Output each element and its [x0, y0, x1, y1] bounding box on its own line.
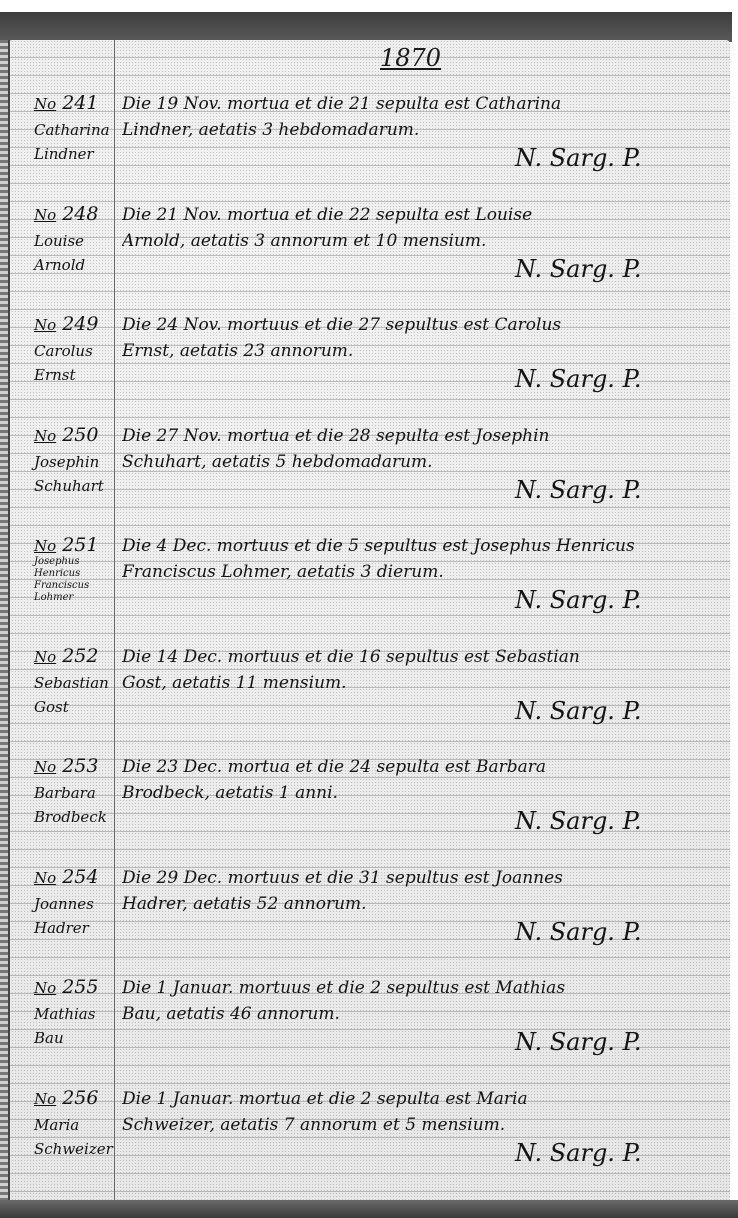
entry-text-line1: Die 27 Nov. mortua et die 28 sepulta est…	[122, 426, 722, 446]
deceased-name-margin: BarbaraBrodbeck	[34, 781, 128, 829]
entry-text-line1: Die 19 Nov. mortua et die 21 sepulta est…	[122, 94, 722, 114]
name-part: Louise	[34, 229, 128, 253]
number-abbrev: No	[34, 869, 56, 887]
entry-text-line1: Die 14 Dec. mortuus et die 16 sepultus e…	[122, 647, 722, 667]
name-part: Bau	[34, 1026, 128, 1050]
name-part: Joannes	[34, 892, 128, 916]
priest-signature: N. Sarg. P.	[515, 697, 641, 725]
register-entry: No 254JoannesHadrerDie 29 Dec. mortuus e…	[10, 866, 730, 976]
entry-text-line2: Hadrer, aetatis 52 annorum.	[122, 894, 722, 914]
entry-number: No 255	[34, 976, 98, 998]
priest-signature: N. Sarg. P.	[515, 807, 641, 835]
priest-signature: N. Sarg. P.	[515, 476, 641, 504]
number-abbrev: No	[34, 427, 56, 445]
name-part: Mathias	[34, 1002, 128, 1026]
deceased-name-margin: JoannesHadrer	[34, 892, 128, 940]
entry-number: No 256	[34, 1087, 98, 1109]
priest-signature: N. Sarg. P.	[515, 918, 641, 946]
entry-text-line2: Schweizer, aetatis 7 annorum et 5 mensiu…	[122, 1115, 722, 1135]
entry-text-line2: Ernst, aetatis 23 annorum.	[122, 341, 722, 361]
name-part: Ernst	[34, 363, 128, 387]
deceased-name-margin: JosephusHenricusFranciscusLohmer	[34, 556, 128, 604]
number-value: 241	[62, 92, 98, 114]
priest-signature: N. Sarg. P.	[515, 586, 641, 614]
register-entry: No 248LouiseArnoldDie 21 Nov. mortua et …	[10, 203, 730, 313]
name-part: Catharina	[34, 118, 128, 142]
number-abbrev: No	[34, 648, 56, 666]
scan-bottom-shadow	[0, 1200, 738, 1218]
entry-number: No 251	[34, 534, 98, 556]
entry-text-line2: Franciscus Lohmer, aetatis 3 dierum.	[122, 562, 722, 582]
entry-text-line1: Die 24 Nov. mortuus et die 27 sepultus e…	[122, 315, 722, 335]
number-value: 256	[62, 1087, 98, 1109]
name-part: Hadrer	[34, 916, 128, 940]
number-abbrev: No	[34, 979, 56, 997]
entry-number: No 253	[34, 755, 98, 777]
name-part: Sebastian	[34, 671, 128, 695]
register-entry: No 251JosephusHenricusFranciscusLohmerDi…	[10, 534, 730, 644]
deceased-name-margin: CarolusErnst	[34, 339, 128, 387]
register-entry: No 249CarolusErnstDie 24 Nov. mortuus et…	[10, 313, 730, 423]
number-value: 253	[62, 755, 98, 777]
entry-text-line1: Die 29 Dec. mortuus et die 31 sepultus e…	[122, 868, 722, 888]
entry-number: No 241	[34, 92, 98, 114]
deceased-name-margin: SebastianGost	[34, 671, 128, 719]
entry-text-line2: Gost, aetatis 11 mensium.	[122, 673, 722, 693]
entry-text-line2: Lindner, aetatis 3 hebdomadarum.	[122, 120, 722, 140]
number-value: 249	[62, 313, 98, 335]
deceased-name-margin: MariaSchweizer	[34, 1113, 128, 1161]
entry-text-line2: Brodbeck, aetatis 1 anni.	[122, 783, 722, 803]
deceased-name-margin: MathiasBau	[34, 1002, 128, 1050]
number-value: 255	[62, 976, 98, 998]
priest-signature: N. Sarg. P.	[515, 144, 641, 172]
register-entry: No 253BarbaraBrodbeckDie 23 Dec. mortua …	[10, 755, 730, 865]
name-part: Carolus	[34, 339, 128, 363]
name-part: Gost	[34, 695, 128, 719]
register-entry: No 250JosephinSchuhartDie 27 Nov. mortua…	[10, 424, 730, 534]
number-value: 248	[62, 203, 98, 225]
priest-signature: N. Sarg. P.	[515, 1139, 641, 1167]
register-entry: No 256MariaSchweizerDie 1 Januar. mortua…	[10, 1087, 730, 1197]
scanned-register-page: 1870 No 241CatharinaLindnerDie 19 Nov. m…	[0, 0, 738, 1218]
register-entry: No 252SebastianGostDie 14 Dec. mortuus e…	[10, 645, 730, 755]
name-part: Henricus	[34, 568, 128, 580]
name-part: Lohmer	[34, 592, 128, 604]
entry-text-line2: Bau, aetatis 46 annorum.	[122, 1004, 722, 1024]
number-value: 251	[62, 534, 98, 556]
priest-signature: N. Sarg. P.	[515, 1028, 641, 1056]
number-abbrev: No	[34, 1090, 56, 1108]
number-abbrev: No	[34, 758, 56, 776]
name-part: Josephus	[34, 556, 128, 568]
number-value: 254	[62, 866, 98, 888]
name-part: Josephin	[34, 450, 128, 474]
number-abbrev: No	[34, 537, 56, 555]
name-part: Arnold	[34, 253, 128, 277]
entry-text-line1: Die 23 Dec. mortua et die 24 sepulta est…	[122, 757, 722, 777]
entry-number: No 248	[34, 203, 98, 225]
entry-text-line2: Schuhart, aetatis 5 hebdomadarum.	[122, 452, 722, 472]
name-part: Schuhart	[34, 474, 128, 498]
deceased-name-margin: JosephinSchuhart	[34, 450, 128, 498]
priest-signature: N. Sarg. P.	[515, 255, 641, 283]
number-value: 252	[62, 645, 98, 667]
entry-text-line1: Die 1 Januar. mortua et die 2 sepulta es…	[122, 1089, 722, 1109]
name-part: Maria	[34, 1113, 128, 1137]
scan-top-shadow	[0, 12, 732, 42]
name-part: Franciscus	[34, 580, 128, 592]
entry-text-line2: Arnold, aetatis 3 annorum et 10 mensium.	[122, 231, 722, 251]
number-abbrev: No	[34, 95, 56, 113]
priest-signature: N. Sarg. P.	[515, 365, 641, 393]
entry-number: No 250	[34, 424, 98, 446]
name-part: Lindner	[34, 142, 128, 166]
number-value: 250	[62, 424, 98, 446]
entry-text-line1: Die 21 Nov. mortua et die 22 sepulta est…	[122, 205, 722, 225]
entry-number: No 249	[34, 313, 98, 335]
deceased-name-margin: LouiseArnold	[34, 229, 128, 277]
entry-text-line1: Die 1 Januar. mortuus et die 2 sepultus …	[122, 978, 722, 998]
register-entry: No 255MathiasBauDie 1 Januar. mortuus et…	[10, 976, 730, 1086]
page-year-heading: 1870	[380, 44, 460, 72]
name-part: Barbara	[34, 781, 128, 805]
entry-number: No 254	[34, 866, 98, 888]
entry-number: No 252	[34, 645, 98, 667]
number-abbrev: No	[34, 316, 56, 334]
register-entry: No 241CatharinaLindnerDie 19 Nov. mortua…	[10, 92, 730, 202]
entry-text-line1: Die 4 Dec. mortuus et die 5 sepultus est…	[122, 536, 722, 556]
binding-edge	[0, 40, 8, 1205]
number-abbrev: No	[34, 206, 56, 224]
name-part: Schweizer	[34, 1137, 128, 1161]
deceased-name-margin: CatharinaLindner	[34, 118, 128, 166]
name-part: Brodbeck	[34, 805, 128, 829]
